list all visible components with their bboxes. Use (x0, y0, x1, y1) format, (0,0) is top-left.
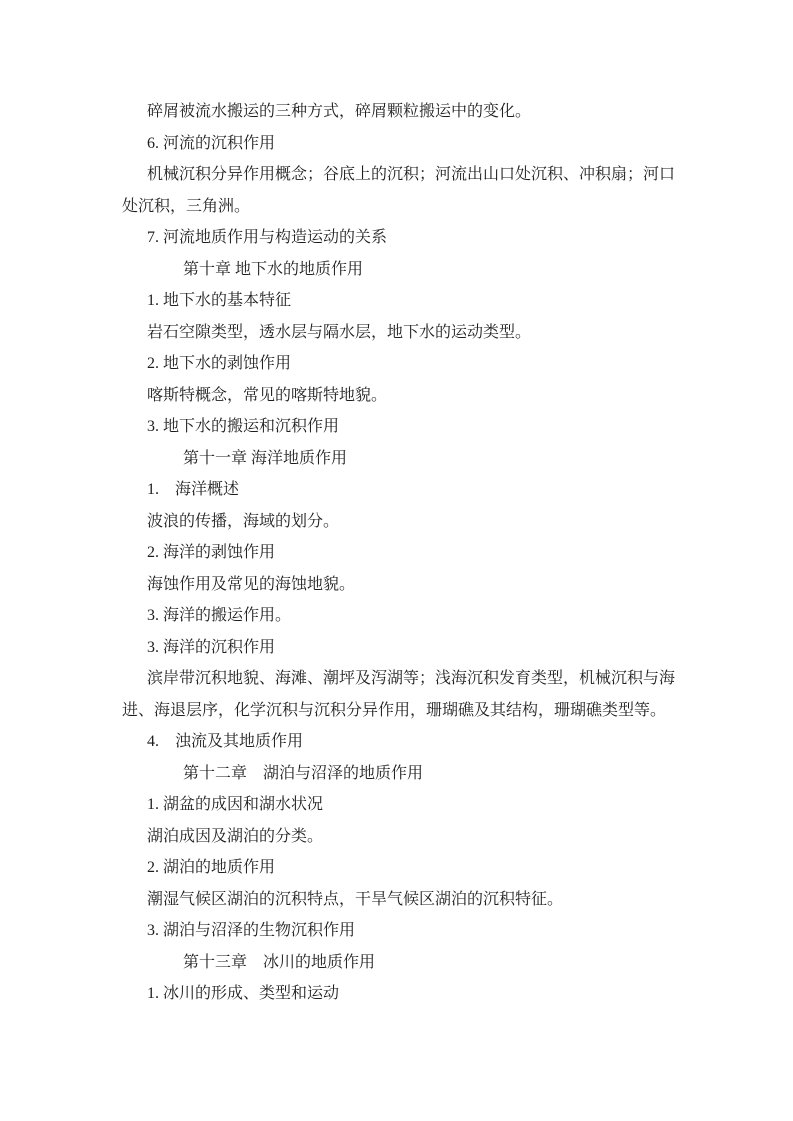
text-line: 1. 海洋概述 (122, 474, 682, 506)
text-line: 机械沉积分异作用概念；谷底上的沉积；河流出山口处沉积、冲积扇；河口 (122, 159, 682, 191)
text-line: 4. 浊流及其地质作用 (122, 726, 682, 758)
text-line: 喀斯特概念，常见的喀斯特地貌。 (122, 380, 682, 412)
chapter-heading-line: 第十一章 海洋地质作用 (122, 443, 682, 475)
text-line: 湖泊成因及湖泊的分类。 (122, 821, 682, 853)
text-line: 7. 河流地质作用与构造运动的关系 (122, 222, 682, 254)
text-line: 海蚀作用及常见的海蚀地貌。 (122, 569, 682, 601)
text-line: 1. 地下水的基本特征 (122, 285, 682, 317)
text-line: 3. 湖泊与沼泽的生物沉积作用 (122, 915, 682, 947)
text-line: 6. 河流的沉积作用 (122, 128, 682, 160)
chapter-heading-line: 第十二章 湖泊与沼泽的地质作用 (122, 758, 682, 790)
document-text-body: 碎屑被流水搬运的三种方式，碎屑颗粒搬运中的变化。6. 河流的沉积作用机械沉积分异… (122, 96, 682, 1010)
text-line: 3. 地下水的搬运和沉积作用 (122, 411, 682, 443)
text-line: 2. 海洋的剥蚀作用 (122, 537, 682, 569)
text-line: 1. 湖盆的成因和湖水状况 (122, 789, 682, 821)
text-line: 进、海退层序，化学沉积与沉积分异作用，珊瑚礁及其结构，珊瑚礁类型等。 (122, 695, 682, 727)
text-line: 1. 冰川的形成、类型和运动 (122, 978, 682, 1010)
text-line: 3. 海洋的沉积作用 (122, 632, 682, 664)
chapter-heading-line: 第十章 地下水的地质作用 (122, 254, 682, 286)
text-line: 滨岸带沉积地貌、海滩、潮坪及泻湖等；浅海沉积发育类型，机械沉积与海 (122, 663, 682, 695)
text-line: 2. 地下水的剥蚀作用 (122, 348, 682, 380)
text-line: 潮湿气候区湖泊的沉积特点，干旱气候区湖泊的沉积特征。 (122, 884, 682, 916)
chapter-heading-line: 第十三章 冰川的地质作用 (122, 947, 682, 979)
text-line: 碎屑被流水搬运的三种方式，碎屑颗粒搬运中的变化。 (122, 96, 682, 128)
text-line: 波浪的传播，海域的划分。 (122, 506, 682, 538)
text-line: 岩石空隙类型，透水层与隔水层，地下水的运动类型。 (122, 317, 682, 349)
document-page: 碎屑被流水搬运的三种方式，碎屑颗粒搬运中的变化。6. 河流的沉积作用机械沉积分异… (0, 0, 793, 1121)
text-line: 处沉积，三角洲。 (122, 191, 682, 223)
text-line: 2. 湖泊的地质作用 (122, 852, 682, 884)
text-line: 3. 海洋的搬运作用。 (122, 600, 682, 632)
